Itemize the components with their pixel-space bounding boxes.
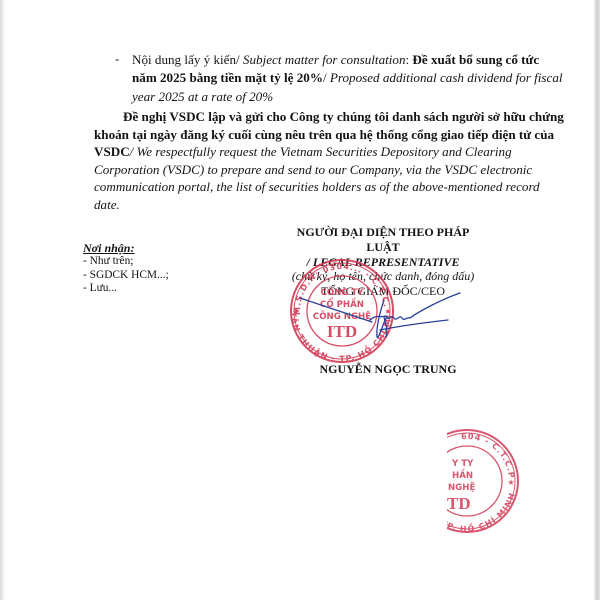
partial-stamp-ring-bottom: - TP. HỒ CHÍ MINH (432, 491, 517, 533)
document-page: - Nội dung lấy ý kiến/ Subject matter fo… (0, 0, 600, 600)
svg-text:- TP. HỒ CHÍ MINH: - TP. HỒ CHÍ MINH (432, 491, 517, 533)
stamp-line-1: CÔNG TY (321, 286, 365, 298)
svg-text:★: ★ (507, 478, 514, 487)
partial-stamp-abbr: TD (447, 494, 471, 513)
svg-text:★: ★ (292, 307, 299, 316)
partial-stamp: 604 - C.T.C.P - TP. HỒ CHÍ MINH Y TY HẦN… (416, 430, 518, 534)
svg-text:★: ★ (384, 307, 391, 316)
stamp-ring-top: M.S.D.N: 0304... - C.T.C.P (0, 0, 391, 315)
partial-stamp-line-2: HẦN (452, 468, 473, 481)
signer-name: NGUYỄN NGỌC TRUNG (283, 362, 493, 377)
svg-text:M.S.D.N: 0304... - C.T.C.P: M.S.D.N: 0304... - C.T.C.P (0, 0, 391, 315)
partial-stamp-line-3: NGHỆ (448, 482, 475, 493)
partial-stamp-line-1: Y TY (451, 459, 474, 469)
stamp-abbr: ITD (327, 322, 357, 341)
stamp-line-2: CỔ PHẦN (320, 297, 364, 310)
stamp-and-signature: M.S.D.N: 0304... - C.T.C.P P. TÂN THUẬN … (0, 0, 600, 600)
